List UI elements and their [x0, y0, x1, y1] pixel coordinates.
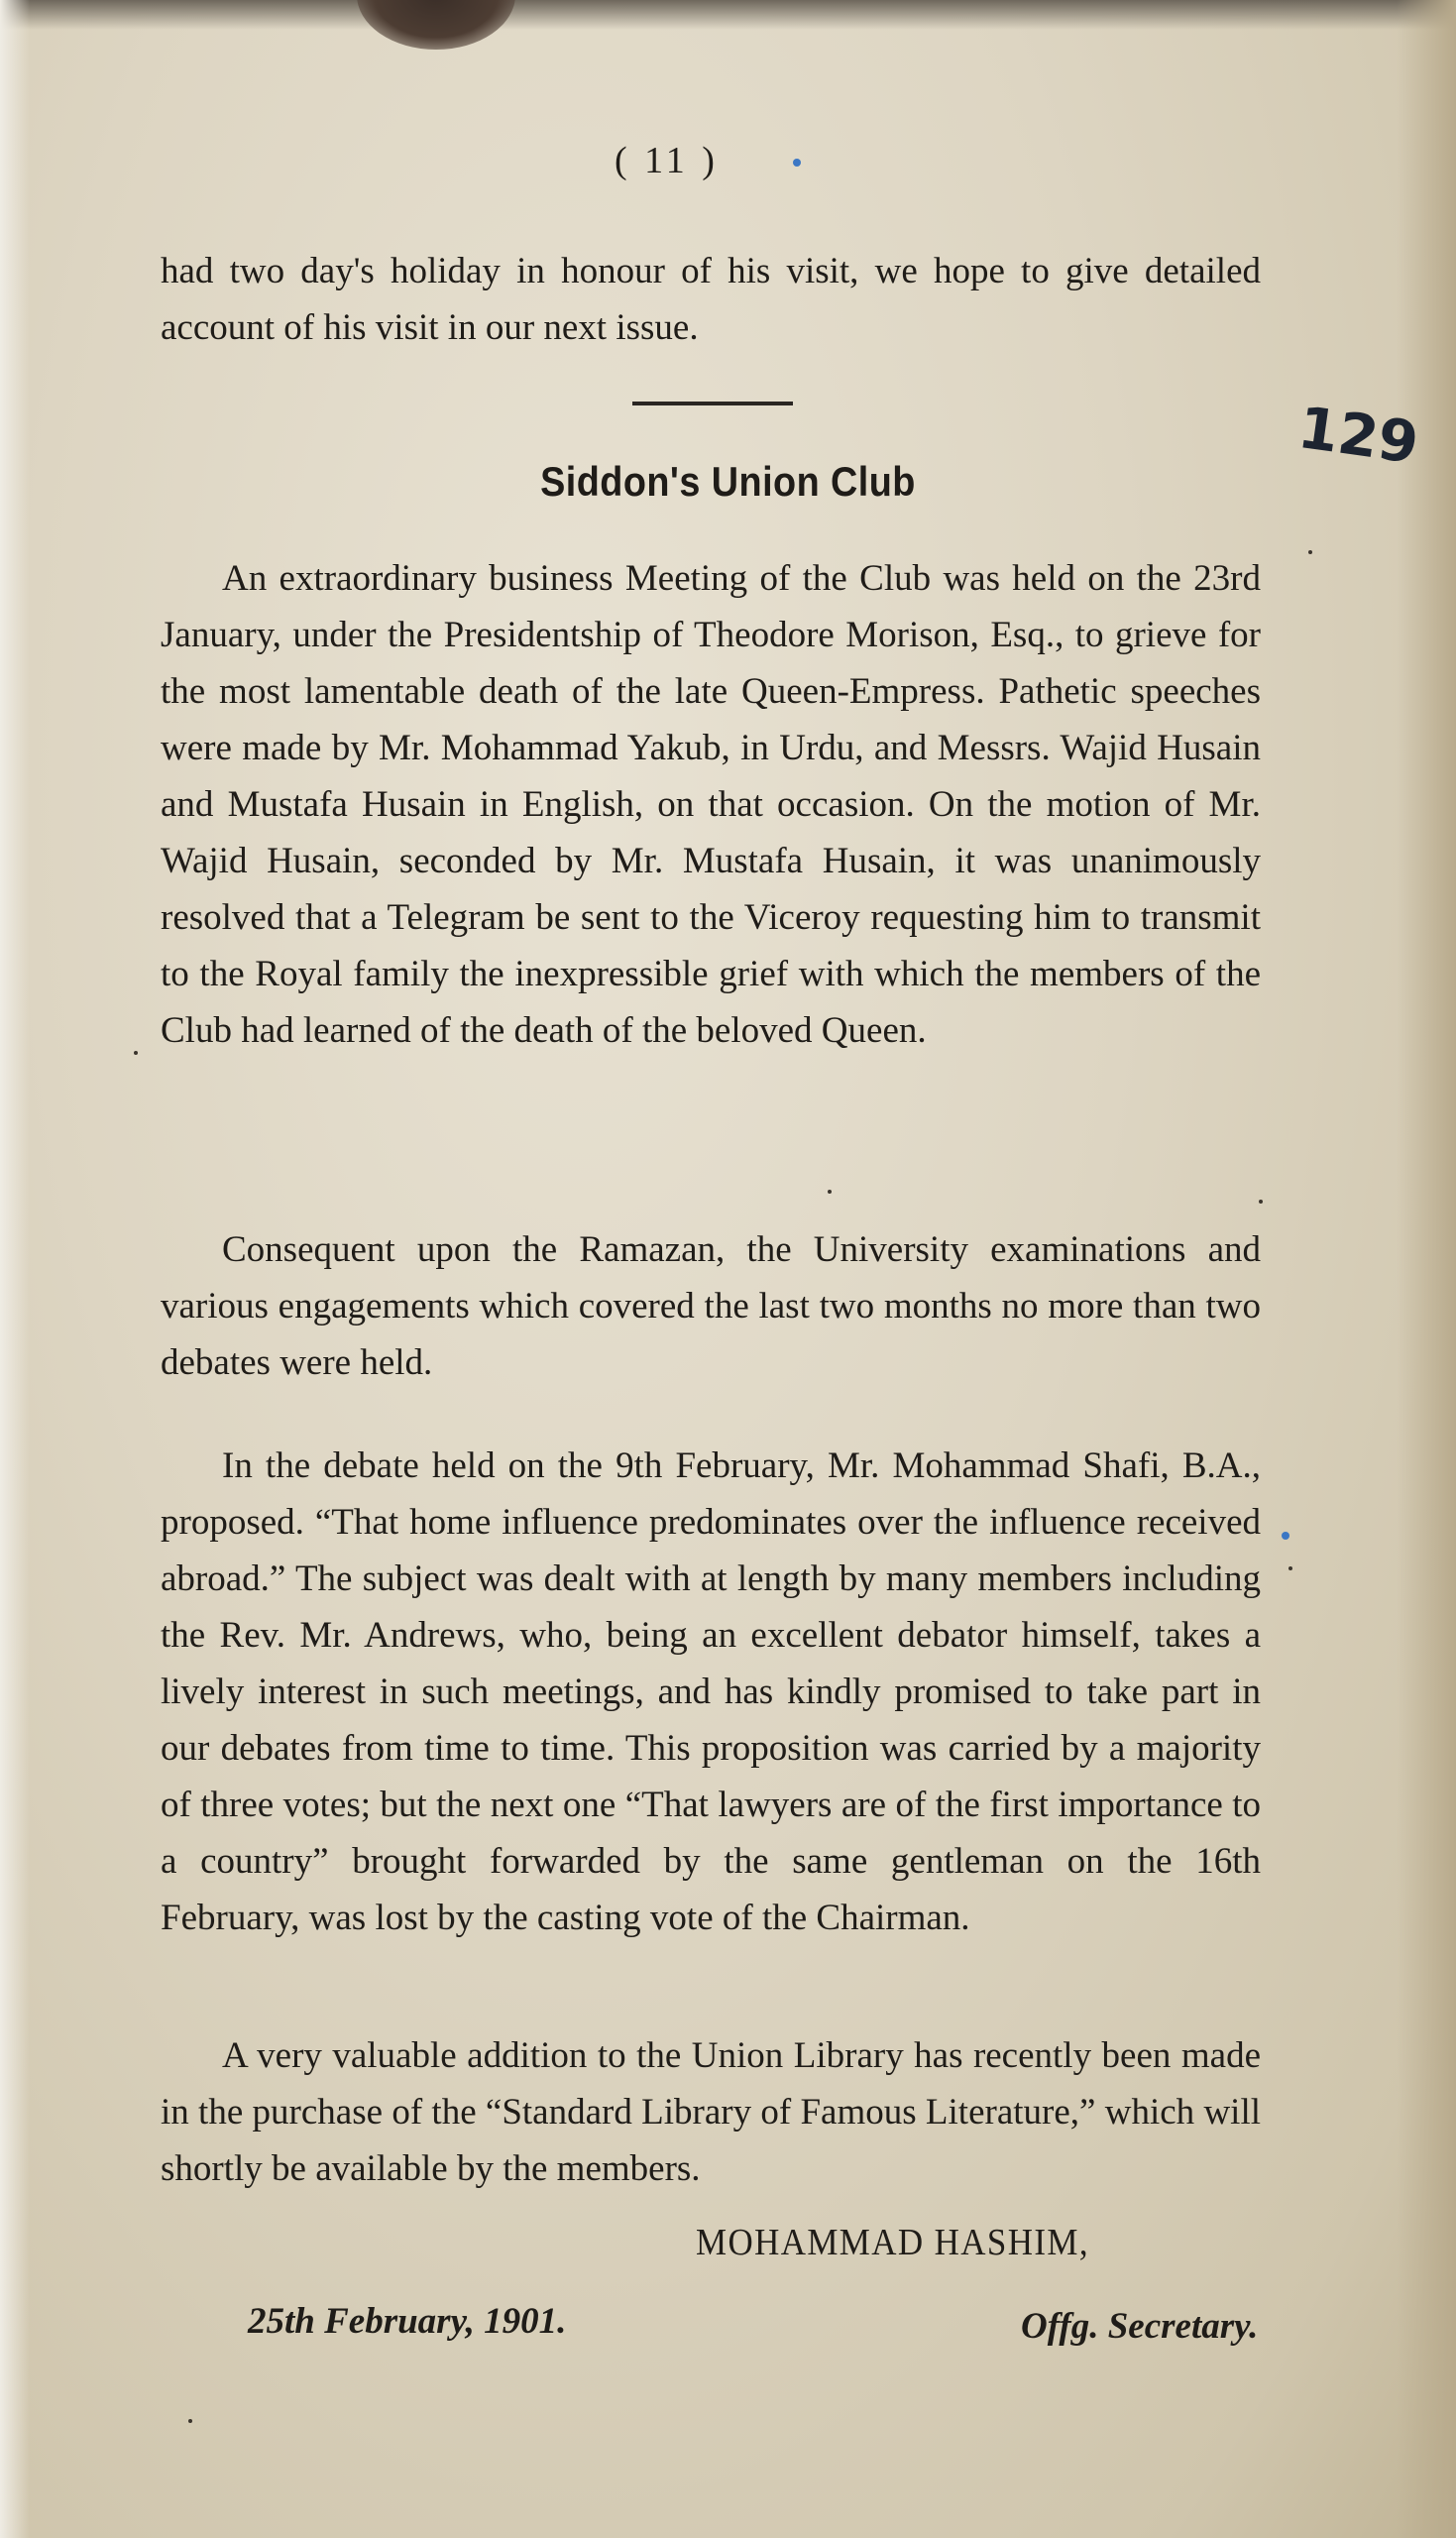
signatory-name: MOHAMMAD HASHIM,: [696, 2221, 1089, 2264]
paper-speck: [1308, 550, 1312, 554]
paragraph-text: A very valuable addition to the Union Li…: [161, 2035, 1261, 2189]
thumb-shadow: [357, 0, 515, 50]
page-number: ( 11 ): [615, 139, 719, 182]
paragraph-text: In the debate held on the 9th February, …: [161, 1445, 1261, 1938]
blue-ink-mark-icon: [793, 159, 801, 167]
section-title: Siddon's Union Club: [72, 458, 1383, 506]
paper-speck: [1259, 1200, 1263, 1204]
intro-text: had two day's holiday in honour of his v…: [161, 243, 1261, 356]
signature-date: 25th February, 1901.: [248, 2300, 566, 2343]
paragraph-text: Consequent upon the Ramazan, the Univers…: [161, 1229, 1261, 1383]
paragraph-text: An extraordinary business Meeting of the…: [161, 558, 1261, 1051]
paper-speck: [134, 1051, 138, 1055]
right-page-edge: [1397, 0, 1456, 2538]
paragraph-meeting: An extraordinary business Meeting of the…: [161, 550, 1261, 1059]
paragraph-ramazan: Consequent upon the Ramazan, the Univers…: [161, 1221, 1261, 1391]
signatory-title: Offg. Secretary.: [1021, 2305, 1258, 2348]
left-page-edge: [0, 0, 30, 2538]
paragraph-library: A very valuable addition to the Union Li…: [161, 2027, 1261, 2197]
paper-speck: [828, 1190, 832, 1194]
section-divider: [632, 402, 793, 405]
top-edge-shadow: [0, 0, 1456, 30]
paragraph-debates: In the debate held on the 9th February, …: [161, 1438, 1261, 1946]
paper-speck: [1288, 1566, 1292, 1570]
paper-speck: [188, 2419, 192, 2423]
scanned-page: ( 11 ) 129 had two day's holiday in hono…: [0, 0, 1456, 2538]
blue-ink-mark-icon: [1282, 1532, 1289, 1540]
